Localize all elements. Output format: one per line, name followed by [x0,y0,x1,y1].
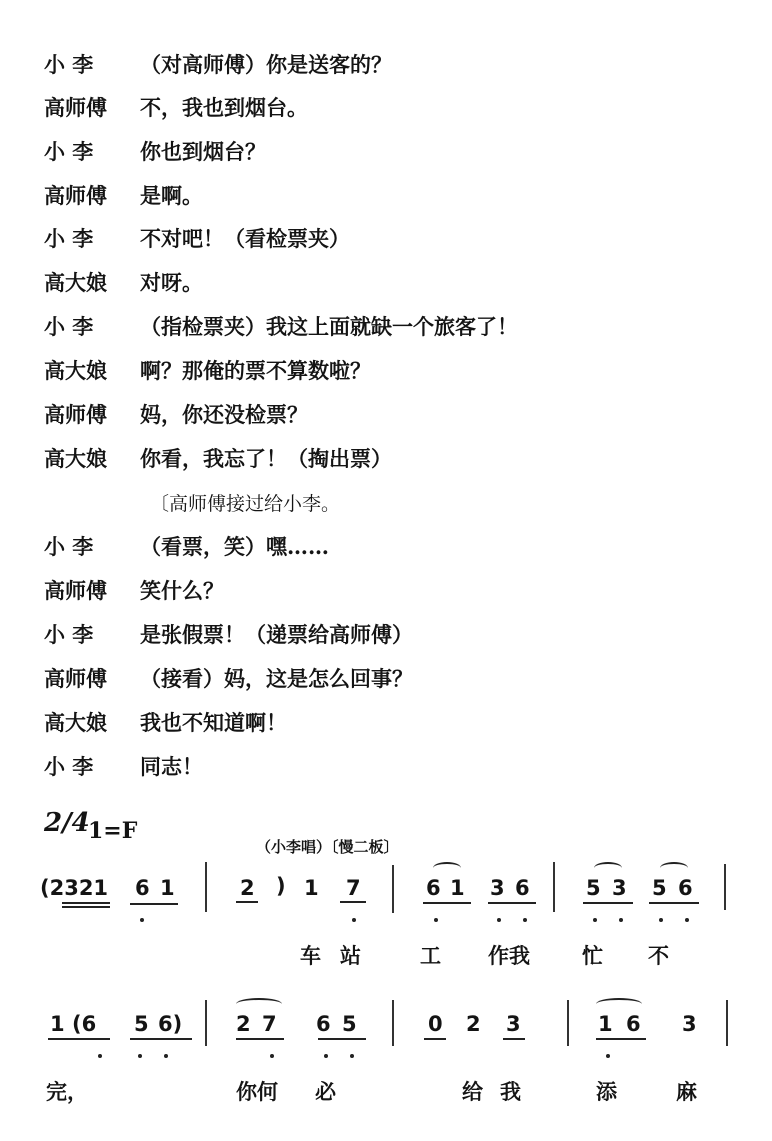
low-dot [98,1054,102,1058]
speaker: 小 李 [44,224,126,254]
lyric: 你何 [236,1076,278,1106]
beam [583,902,633,904]
lyric: 完， [46,1076,88,1106]
beam [236,1038,284,1040]
note: 3 [506,1012,521,1036]
low-dot [350,1054,354,1058]
line-text: （接看）妈，这是怎么回事？ [140,664,413,694]
low-dot [434,918,438,922]
speaker: 小 李 [44,50,126,80]
lyric: 添 [596,1076,617,1106]
low-dot [497,918,501,922]
beam [236,901,258,903]
slur [596,998,642,1010]
dialogue-line: 小 李（指检票夹）我这上面就缺一个旅客了！ [44,312,518,342]
note: (2321 [40,876,108,900]
barline [724,864,726,910]
low-dot [138,1054,142,1058]
speaker: 高师傅 [44,576,126,606]
beam [424,1038,446,1040]
beam [649,902,699,904]
low-dot [659,918,663,922]
speaker: 高大娘 [44,268,126,298]
line-text: （指检票夹）我这上面就缺一个旅客了！ [140,312,518,342]
beam [340,901,366,903]
speaker: 小 李 [44,312,126,342]
note: 3 [490,876,505,900]
slur [594,862,622,874]
tempo-marking: （小李唱）〔慢二板〕 [256,836,399,857]
beam [318,1038,366,1040]
line-text: 我也不知道啊！ [140,708,287,738]
speaker: 小 李 [44,620,126,650]
time-signature: 2/4 [44,808,90,838]
note: 1 [304,876,319,900]
barline [567,1000,569,1046]
slur [433,862,461,874]
line-text: 是啊。 [140,181,203,211]
dialogue-line: 高大娘啊？那俺的票不算数啦？ [44,356,371,386]
beam [62,902,110,904]
barline [205,1000,207,1046]
barline [392,865,394,913]
dialogue-line: 小 李是张假票！（递票给高师傅） [44,620,413,650]
note: 2 [466,1012,481,1036]
slur [660,862,688,874]
line-text: 不，我也到烟台。 [140,93,308,123]
line-text: （对高师傅）你是送客的？ [140,50,392,80]
note: 2 [240,876,255,900]
dialogue-line: 高大娘我也不知道啊！ [44,708,287,738]
note: 6 [426,876,441,900]
lyric: 麻 [676,1076,697,1106]
note: 5 [586,876,601,900]
low-dot [164,1054,168,1058]
beam [596,1038,646,1040]
note: 6) [158,1012,182,1036]
line-text: 同志！ [140,752,203,782]
note: 2 [236,1012,251,1036]
lyric: 不 [648,940,669,970]
beam [488,902,536,904]
beam [503,1038,525,1040]
low-dot [270,1054,274,1058]
dialogue-line: 高师傅笑什么？ [44,576,224,606]
beam [130,1038,192,1040]
low-dot [523,918,527,922]
barline [205,862,207,912]
barline [553,862,555,912]
low-dot [685,918,689,922]
dialogue-line: 小 李你也到烟台？ [44,137,266,167]
speaker: 高大娘 [44,356,126,386]
beam [130,903,178,905]
note: 6 [316,1012,331,1036]
line-text: 是张假票！（递票给高师傅） [140,620,413,650]
note: 5 [342,1012,357,1036]
low-dot [619,918,623,922]
note: 7 [346,876,361,900]
speaker: 小 李 [44,137,126,167]
line-text: 你也到烟台？ [140,137,266,167]
note: 5 [652,876,667,900]
low-dot [606,1054,610,1058]
lyric: 我 [500,1076,521,1106]
line-text: 对呀。 [140,268,203,298]
note: 1 [160,876,175,900]
dialogue-line: 小 李（对高师傅）你是送客的？ [44,50,392,80]
speaker: 高师傅 [44,181,126,211]
dialogue-line: 高师傅是啊。 [44,181,203,211]
dialogue-line: 小 李不对吧！（看检票夹） [44,224,350,254]
dialogue-line: 高大娘你看，我忘了！（掏出票） [44,444,392,474]
barline [726,1000,728,1046]
note: 3 [612,876,627,900]
line-text: 笑什么？ [140,576,224,606]
beam [62,906,110,908]
beam [423,902,471,904]
speaker: 高师傅 [44,93,126,123]
lyric: 忙 [582,940,603,970]
slur [236,998,282,1010]
dialogue-line: 小 李同志！ [44,752,203,782]
line-text: 你看，我忘了！（掏出票） [140,444,392,474]
note: (6 [72,1012,96,1036]
line-text: 妈，你还没检票？ [140,400,308,430]
line-text: 啊？那俺的票不算数啦？ [140,356,371,386]
low-dot [140,918,144,922]
speaker: 高师傅 [44,664,126,694]
line-text: 不对吧！（看检票夹） [140,224,350,254]
dialogue-line: 高师傅不，我也到烟台。 [44,93,308,123]
note: 6 [678,876,693,900]
speaker: 小 李 [44,532,126,562]
lyric: 工 [420,940,441,970]
note: 1 [50,1012,65,1036]
low-dot [324,1054,328,1058]
low-dot [593,918,597,922]
speaker: 高大娘 [44,708,126,738]
note: 6 [515,876,530,900]
note: 6 [626,1012,641,1036]
note: 3 [682,1012,697,1036]
note: ) [276,874,286,898]
lyric: 车 [300,940,321,970]
key-signature: 1=F [88,818,137,844]
speaker: 高大娘 [44,444,126,474]
note: 6 [135,876,150,900]
speaker: 小 李 [44,752,126,782]
note: 0 [428,1012,443,1036]
line-text: （看票，笑）嘿…… [140,532,329,562]
note: 1 [450,876,465,900]
speaker: 高师傅 [44,400,126,430]
note: 5 [134,1012,149,1036]
beam [48,1038,110,1040]
lyric: 站 [340,940,361,970]
stage-direction: 〔高师傅接过给小李。 [150,490,340,518]
lyric: 作我 [488,940,530,970]
barline [392,1000,394,1046]
dialogue-line: 高师傅妈，你还没检票？ [44,400,308,430]
note: 7 [262,1012,277,1036]
dialogue-line: 高大娘对呀。 [44,268,203,298]
lyric: 必 [315,1076,336,1106]
dialogue-line: 高师傅（接看）妈，这是怎么回事？ [44,664,413,694]
low-dot [352,918,356,922]
lyric: 给 [462,1076,483,1106]
note: 1 [598,1012,613,1036]
dialogue-line: 小 李（看票，笑）嘿…… [44,532,329,562]
